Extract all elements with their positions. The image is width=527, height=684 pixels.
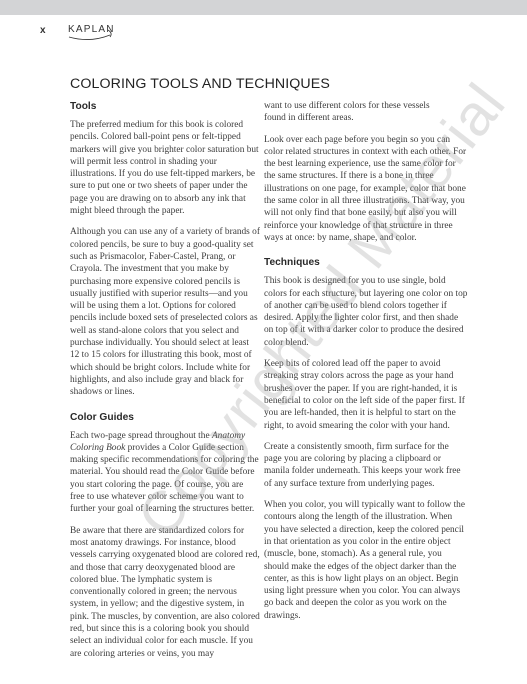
paragraph: Keep bits of colored lead off the paper … [264,358,468,432]
paragraph: This book is designed for you to use sin… [264,275,468,349]
section-heading-tools: Tools [70,100,260,113]
section-heading-color-guides: Color Guides [70,411,260,424]
logo-swoosh-icon [68,29,114,41]
paragraph: Each two-page spread throughout the Anat… [70,430,260,516]
paragraph-continued: want to use different colors for these v… [264,100,468,125]
page-number: x [40,25,46,36]
page-title: COLORING TOOLS AND TECHNIQUES [70,76,330,92]
left-column: Tools The preferred medium for this book… [70,100,260,620]
paragraph: When you color, you will typically want … [264,499,468,622]
paragraph: The preferred medium for this book is co… [70,119,260,217]
text-span: Each two-page spread throughout the [70,431,212,441]
right-column: want to use different colors for these v… [264,100,468,631]
top-bar [0,0,527,15]
paragraph: Be aware that there are standardized col… [70,525,260,611]
paragraph: Although you can use any of a variety of… [70,226,260,398]
paragraph: Look over each page before you begin so … [264,134,468,245]
text-span: provides a Color Guide section making sp… [70,443,259,514]
section-heading-techniques: Techniques [264,256,468,269]
paragraph: Create a consistently smooth, firm surfa… [264,441,468,490]
